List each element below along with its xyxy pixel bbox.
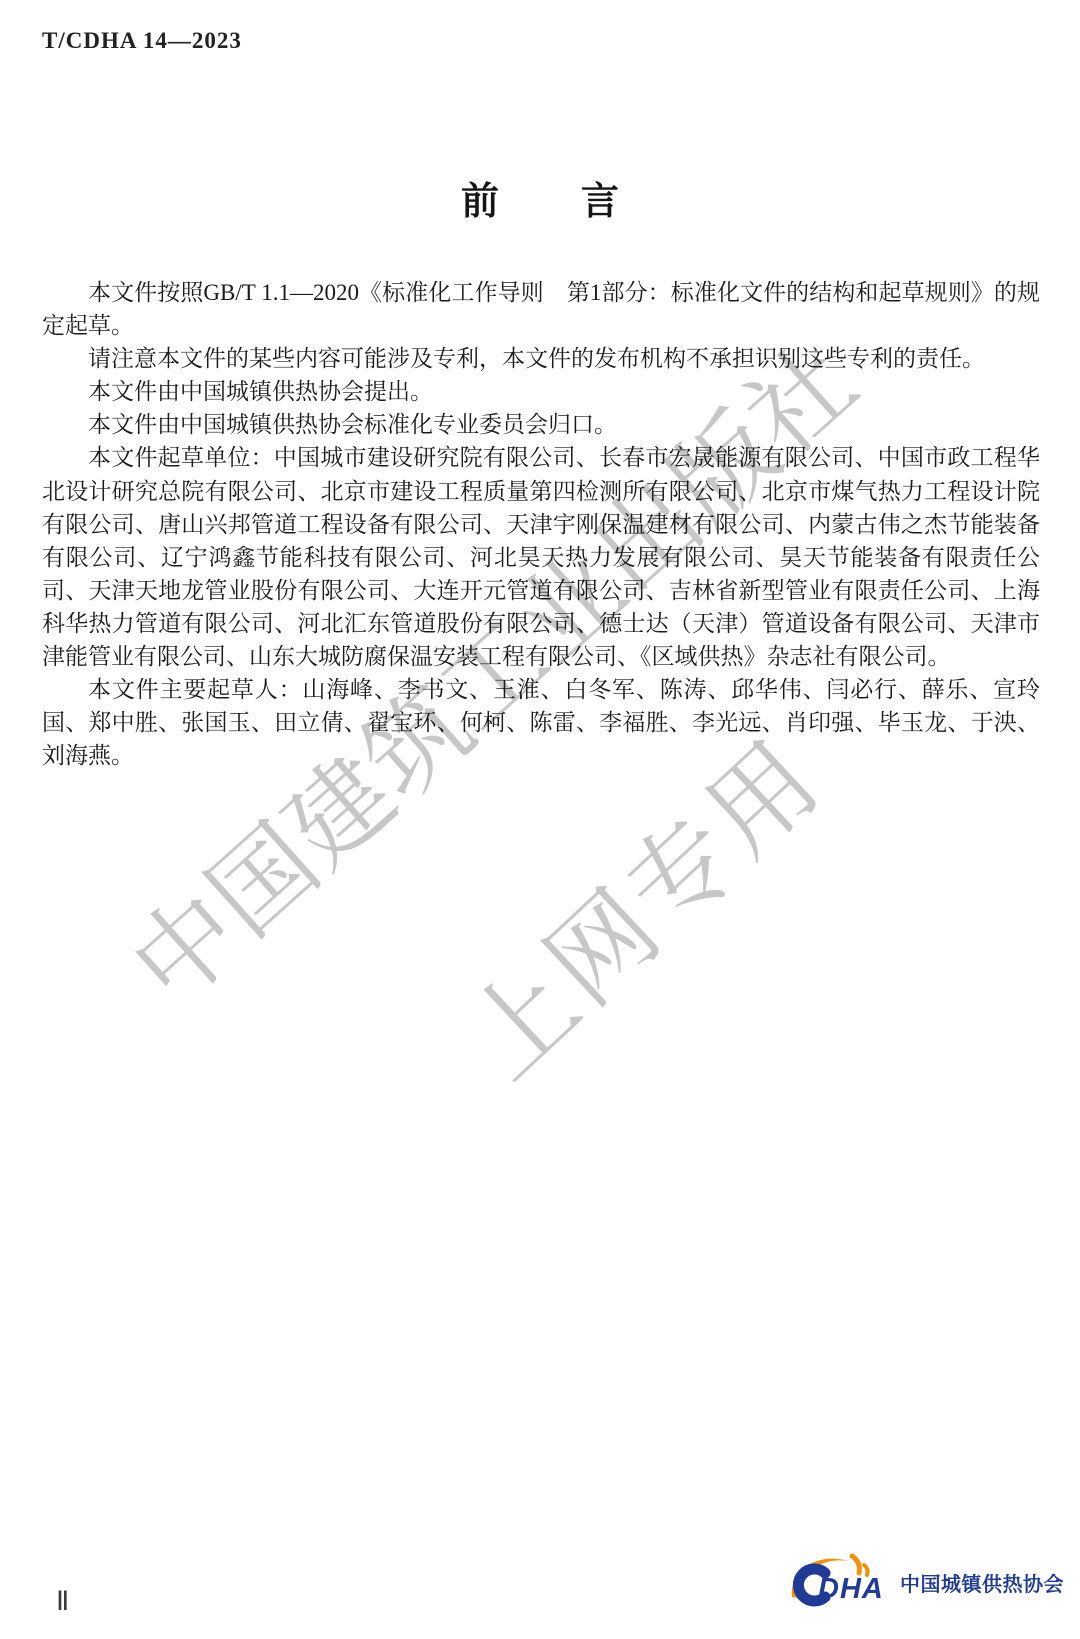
standard-code: T/CDHA 14—2023 [42,28,242,54]
foreword-paragraph-basis: 本文件按照GB/T 1.1—2020《标准化工作导则 第1部分：标准化文件的结构… [42,276,1040,342]
page-number: Ⅱ [56,1586,69,1617]
logo-wave-mark-large [852,1556,859,1573]
cdha-logo-icon: DHA [784,1552,890,1612]
association-name: 中国城镇供热协会 [900,1568,1064,1597]
page-title: 前 言 [0,170,1080,225]
foreword-paragraph-under-jurisdiction: 本文件由中国城镇供热协会标准化专业委员会归口。 [42,408,1040,441]
foreword-paragraph-proposed-by: 本文件由中国城镇供热协会提出。 [42,375,1040,408]
foreword-paragraph-chief-drafters: 本文件主要起草人：山海峰、李书文、王淮、白冬军、陈涛、邱华伟、闫必行、薛乐、宣玲… [42,673,1040,772]
document-page: T/CDHA 14—2023 前 言 中国建筑工业出版社 上网专用 本文件按照G… [0,0,1080,1639]
logo-acronym: DHA [818,1573,884,1605]
foreword-paragraph-drafting-organizations: 本文件起草单位：中国城市建设研究院有限公司、长春市宏晟能源有限公司、中国市政工程… [42,441,1040,673]
foreword-body: 本文件按照GB/T 1.1—2020《标准化工作导则 第1部分：标准化文件的结构… [42,276,1040,772]
foreword-paragraph-patent-notice: 请注意本文件的某些内容可能涉及专利，本文件的发布机构不承担识别这些专利的责任。 [42,342,1040,375]
title-char-left: 前 [461,170,499,225]
association-logo: DHA 中国城镇供热协会 [784,1552,1064,1612]
title-char-right: 言 [581,170,619,225]
